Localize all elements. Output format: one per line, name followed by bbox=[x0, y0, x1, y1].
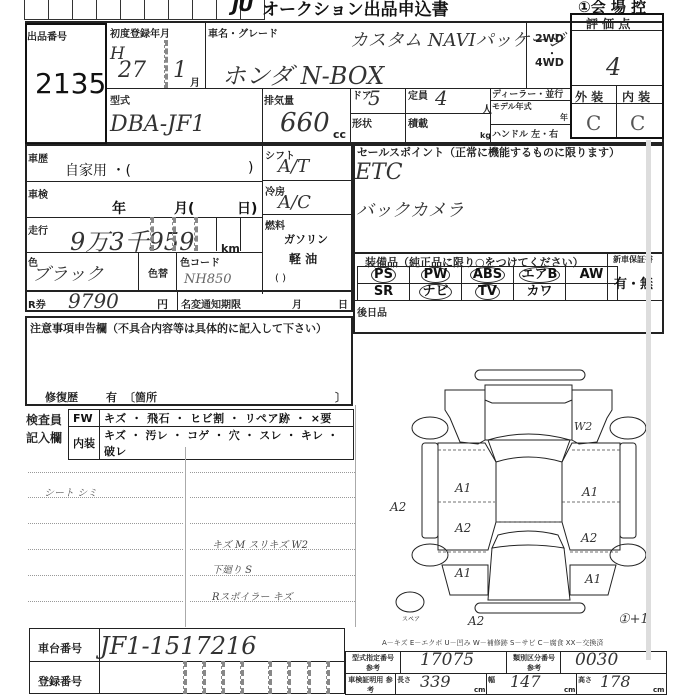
car-name-label: 車名・グレード bbox=[208, 25, 278, 40]
interior-check-label: 内装 bbox=[69, 427, 100, 460]
equip-ps: PS bbox=[358, 267, 410, 284]
damage-legend: A－キズ E－エクボ U－凹み W－補修跡 S－サビ C－腐食 XX－交換済 bbox=[382, 638, 603, 648]
first-reg-year: 27 bbox=[118, 58, 146, 83]
recycle-unit: 円 bbox=[157, 296, 168, 312]
color-value: ブラック bbox=[32, 260, 104, 286]
color-code-label: 色コード bbox=[180, 254, 220, 269]
interior-check-items: キズ ・ 汚レ ・ コゲ ・ 穴 ・ スレ ・ キレ ・ 破レ bbox=[100, 427, 354, 460]
equip-leather: カワ bbox=[514, 284, 566, 301]
mark-rear-bumper: A2 bbox=[468, 614, 484, 628]
repair-history-label: 修復歴 bbox=[45, 389, 78, 405]
mark-extra: ①+1 bbox=[618, 612, 649, 627]
mark-right-quarter: A1 bbox=[585, 572, 601, 586]
mark-left-quarter: A1 bbox=[455, 566, 471, 580]
drive-4wd: 4WD bbox=[535, 56, 564, 69]
car-grade: カスタム NAVIパッケージ bbox=[350, 26, 565, 52]
registration-label: 登録番号 bbox=[38, 673, 82, 689]
logo: JU bbox=[232, 0, 253, 16]
scan-edge bbox=[646, 140, 651, 660]
repair-history-value: 有 bbox=[106, 389, 117, 405]
fuel-other: ( ) bbox=[275, 273, 286, 284]
name-change-month: 月 bbox=[292, 296, 302, 311]
height-label: 高さ bbox=[578, 675, 592, 685]
model-label: 型式 bbox=[110, 92, 130, 107]
fw-items: キズ ・ 飛石 ・ ヒビ割 ・ リペア跡 ・ ×要 bbox=[100, 410, 354, 427]
recycle-label: R券 bbox=[28, 296, 46, 311]
lot-number-label: 出品番号 bbox=[27, 28, 67, 43]
model-year-unit: 年 bbox=[560, 112, 568, 123]
type-designation-value: 17075 bbox=[420, 650, 474, 670]
shape-label: 形状 bbox=[352, 115, 372, 130]
width-label: 幅 bbox=[488, 675, 495, 685]
equip-navi: ナビ bbox=[410, 284, 462, 301]
length-label: 長さ bbox=[397, 675, 411, 685]
mileage-unit: km bbox=[221, 242, 240, 255]
remark-right-3: Rスポイラー キズ bbox=[212, 588, 293, 603]
inspection-label: 車検 bbox=[28, 186, 48, 201]
inspector-label-1: 検査員 bbox=[26, 411, 62, 428]
repair-close: 〕 bbox=[335, 389, 346, 405]
category-label: 類別区分番号 参考 bbox=[509, 653, 559, 673]
inspection-year: 年 bbox=[112, 198, 126, 218]
shift-value: A/T bbox=[278, 156, 309, 177]
mileage-label: 走行 bbox=[28, 222, 48, 237]
month-unit: 月 bbox=[190, 74, 200, 89]
first-reg-month: 1 bbox=[173, 58, 187, 83]
history-label: 車歴 bbox=[28, 150, 48, 165]
equip-abs: ABS bbox=[462, 267, 514, 284]
score-value: 4 bbox=[606, 53, 621, 81]
chassis-label: 車台番号 bbox=[38, 640, 82, 656]
name-change-day: 日 bbox=[338, 296, 348, 311]
inspection-month: 月( bbox=[174, 198, 194, 218]
sales-points-label: セールスポイント（正常に機能するものに限ります） bbox=[357, 144, 620, 160]
height-unit: cm bbox=[653, 686, 664, 694]
inspection-day: 日) bbox=[237, 198, 257, 218]
displacement-unit: cc bbox=[333, 128, 346, 141]
aftermarket-label: 後日品 bbox=[357, 304, 387, 319]
first-registration-label: 初度登録年月 bbox=[110, 25, 170, 40]
color-change-label: 色替 bbox=[148, 265, 168, 280]
model-value: DBA-JF1 bbox=[110, 112, 205, 137]
form-title: オークション出品申込書 bbox=[262, 0, 449, 20]
name-change-label: 名変通知期限 bbox=[181, 296, 241, 311]
length-unit: cm bbox=[474, 686, 485, 694]
drive-2wd: 2WD bbox=[535, 32, 564, 45]
remark-right-2: 下廻り S bbox=[212, 561, 252, 576]
sales-point-2: バックカメラ bbox=[356, 196, 464, 222]
top-grid-cells bbox=[25, 0, 265, 20]
fuel-gasoline: ガソリン bbox=[284, 231, 328, 247]
repair-location: 〔箇所 bbox=[124, 389, 157, 405]
recycle-value: 9790 bbox=[68, 289, 119, 313]
aircon-value: A/C bbox=[278, 192, 311, 213]
type-designation-label: 型式指定番号 参考 bbox=[348, 653, 398, 673]
chassis-number: JF1-1517216 bbox=[100, 632, 257, 660]
equip-sr: SR bbox=[358, 284, 410, 301]
inspector-table: FW キズ ・ 飛石 ・ ヒビ割 ・ リペア跡 ・ ×要 内装 キズ ・ 汚レ … bbox=[68, 409, 354, 460]
door-value: 5 bbox=[368, 86, 381, 110]
history-value: 自家用 ・( bbox=[65, 160, 131, 180]
mark-front-right-fender: W2 bbox=[574, 420, 592, 433]
equip-aw: AW bbox=[566, 267, 618, 284]
dealer-label: ディーラー・並行 bbox=[492, 87, 563, 100]
mark-right-front-door: A1 bbox=[582, 485, 598, 499]
equipment-table: PS PW ABS エアB AW SR ナビ TV カワ bbox=[357, 266, 618, 301]
interior-grade: C bbox=[630, 111, 645, 135]
mark-left-front-door: A1 bbox=[455, 481, 471, 495]
fuel-label: 燃料 bbox=[265, 217, 285, 232]
equip-airbag: エアB bbox=[514, 267, 566, 284]
fuel-diesel: 軽 油 bbox=[289, 250, 317, 267]
model-year-label: モデル年式 bbox=[492, 101, 532, 112]
equip-empty bbox=[566, 284, 618, 301]
remark-right-1: キズ M スリキズ W2 bbox=[212, 536, 308, 551]
category-value: 0030 bbox=[575, 650, 618, 670]
capacity-label: 定員 bbox=[408, 87, 428, 102]
car-damage-diagram bbox=[360, 340, 660, 630]
mark-right-rear-door: A2 bbox=[581, 531, 597, 545]
mark-left-rear-door: A2 bbox=[455, 521, 471, 535]
load-label: 積載 bbox=[408, 115, 428, 130]
lot-number-box: 出品番号 2135 bbox=[25, 23, 107, 145]
remark-left-1: シート シミ bbox=[44, 484, 97, 499]
height-value: 178 bbox=[600, 672, 631, 691]
width-unit: cm bbox=[564, 686, 575, 694]
length-value: 339 bbox=[420, 672, 451, 691]
capacity-value: 4 bbox=[435, 86, 448, 110]
cert-label: 車検証明用 参考 bbox=[348, 675, 393, 695]
displacement-label: 排気量 bbox=[264, 92, 294, 107]
color-code: NH850 bbox=[184, 272, 232, 287]
sales-point-1: ETC bbox=[355, 160, 403, 185]
equip-pw: PW bbox=[410, 267, 462, 284]
exterior-grade: C bbox=[586, 111, 601, 135]
notes-label: 注意事項申告欄（不具合内容等は具体的に記入して下さい） bbox=[30, 320, 327, 336]
car-name: ホンダ N-BOX bbox=[222, 56, 384, 91]
inspector-label-2: 記入欄 bbox=[26, 429, 62, 446]
displacement-value: 660 bbox=[280, 108, 330, 138]
mark-left-step: A2 bbox=[390, 500, 406, 514]
lot-number: 2135 bbox=[35, 67, 106, 100]
score-box: 評 価 点 4 外 装 内 装 C C bbox=[570, 13, 664, 139]
handle-label: ハンドル 左・右 bbox=[492, 127, 558, 140]
spare-label: スペア bbox=[402, 614, 420, 623]
width-value: 147 bbox=[510, 672, 541, 691]
history-close: ) bbox=[248, 160, 253, 176]
equip-tv: TV bbox=[462, 284, 514, 301]
fw-label: FW bbox=[69, 410, 100, 427]
